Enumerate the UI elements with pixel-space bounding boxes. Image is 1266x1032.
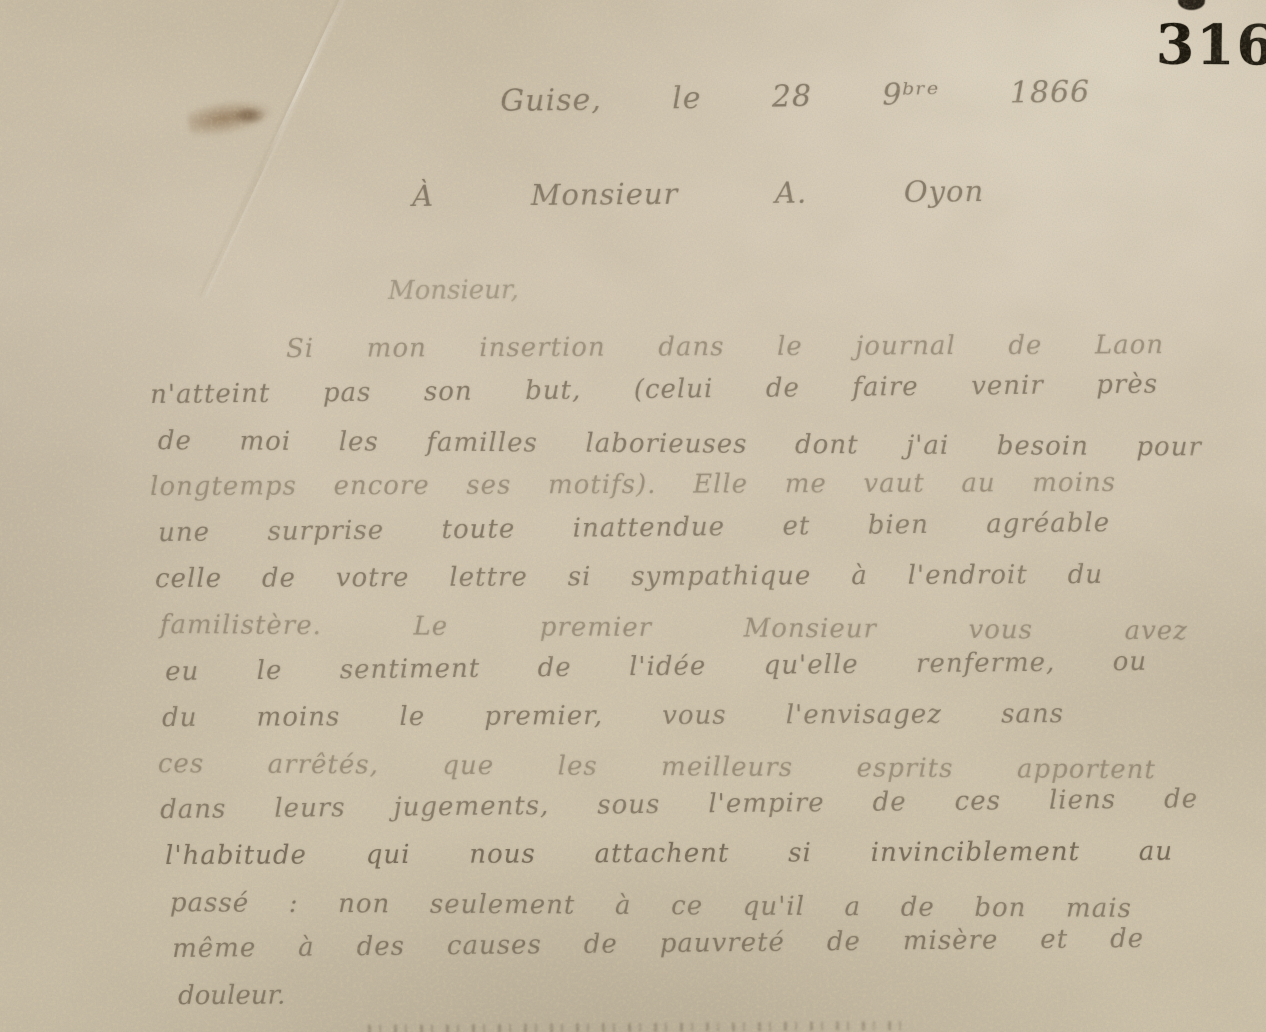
scanned-letter-page: 316 Guise, le 28 9ᵇʳᵉ 1866 À Monsieur A.… xyxy=(0,0,1266,1032)
letter-recipient: À Monsieur A. Oyon xyxy=(412,174,984,213)
handwritten-line: dans leurs jugements, sous l'empire de c… xyxy=(160,784,1198,825)
handwritten-line: n'atteint pas son but, (celui de faire v… xyxy=(150,369,1158,410)
handwritten-line: l'habitude qui nous attachent si invinci… xyxy=(165,837,1173,871)
page-number-stamp: 316 xyxy=(1156,11,1266,77)
handwritten-line: longtemps encore ses motifs). Elle me va… xyxy=(150,468,1116,502)
handwritten-line: passé : non seulement à ce qu'il a de bo… xyxy=(170,888,1132,924)
handwritten-line: eu le sentiment de l'idée qu'elle renfer… xyxy=(165,647,1147,687)
cutoff-line-ink-marks xyxy=(368,1021,908,1032)
binding-mark xyxy=(1178,0,1205,10)
handwritten-line: de moi les familles laborieuses dont j'a… xyxy=(158,426,1202,462)
handwritten-line: celle de votre lettre si sympathique à l… xyxy=(155,560,1103,594)
handwritten-line: même à des causes de pauvreté de misère … xyxy=(172,924,1144,964)
handwritten-line: une surprise toute inattendue et bien ag… xyxy=(158,508,1110,548)
letter-dateline: Guise, le 28 9ᵇʳᵉ 1866 xyxy=(500,75,1090,119)
paper-fold-crease xyxy=(201,0,347,297)
letter-salutation: Monsieur, xyxy=(388,275,519,306)
handwritten-line: Si mon insertion dans le journal de Laon xyxy=(286,330,1164,364)
handwritten-line: ces arrêtés, que les meilleurs esprits a… xyxy=(158,749,1156,785)
handwritten-line: du moins le premier, vous l'envisagez sa… xyxy=(162,699,1064,733)
ink-smudge-dark-spot xyxy=(232,107,266,124)
handwritten-line: familistère. Le premier Monsieur vous av… xyxy=(160,610,1188,646)
handwritten-line: douleur. xyxy=(178,981,285,1011)
